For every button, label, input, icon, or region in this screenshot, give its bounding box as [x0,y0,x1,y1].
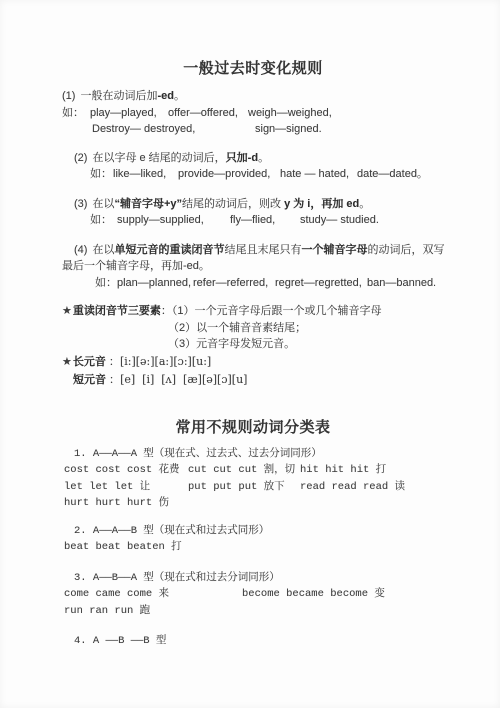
example-label: 如： [90,212,117,229]
rule-2-text-bold: 只加-d [226,152,258,164]
example-pair: refer—referred, [193,275,275,292]
example-pair: date—dated。 [357,166,428,183]
verb-row: let let let 让 put put put 放下 read read r… [62,479,444,496]
example-pair: plan—planned, [117,275,193,292]
star-icon: ★ [62,305,72,317]
rule-3-example-row: 如： supply—supplied, fly—flied, study— st… [90,212,444,229]
rule-4-text-bold-2: 一个辅音字母 [301,244,367,256]
rule-3-text: 在以 [92,198,114,210]
notes: ★重读闭音节三要素：（1）一个元音字母后跟一个或几个辅音字母 （2）以一个辅音音… [62,303,444,389]
verb-entry: let let let 让 [64,479,188,496]
section1-title: 一般过去时变化规则 [62,60,444,78]
verb-entry: put put put 放下 [188,479,300,496]
rule-4: (4)在以单短元音的重读闭音节结尾且末尾只有一个辅音字母的动词后，双写 最后一个… [62,242,444,292]
example-label: 如： [62,105,90,122]
rule-1-example-row-2: Destroy— destroyed, sign—signed. [92,121,444,138]
example-label: 如： [90,166,113,183]
verb-group-4-heading: 4. A ——B ——B 型 [62,633,444,650]
note-item-3: （3）元音字母发短元音。 [62,336,444,353]
example-pair: sign—signed. [255,121,322,138]
note-short-vowels: 短元音 ：[e] [i] [ʌ] [æ][ə][ɔ][u] [62,371,444,389]
verb-entry: hit hit hit 打 [300,462,386,479]
verb-entry: hurt hurt hurt 伤 [64,495,188,512]
verb-row: run ran run 跑 [62,603,444,620]
verb-group-2: 2. A——A——B 型（现在式和过去式同形） beat beat beaten… [62,523,444,556]
verb-group-3-heading: 3. A——B——A 型（现在式和过去分词同形） [62,570,444,587]
verb-entry: run ran run 跑 [64,603,242,620]
rule-1-example-row-1: 如： play—played, offer—offered, weigh—wei… [62,105,444,122]
verb-row: cost cost cost 花费 cut cut cut 割，切 hit hi… [62,462,444,479]
rule-4-text-end: 的动词后，双写 [367,244,444,256]
verb-entry: cost cost cost 花费 [64,462,188,479]
verb-group-3: 3. A——B——A 型（现在式和过去分词同形） come came come … [62,570,444,620]
rule-2-text-end: 。 [258,152,269,164]
example-pair: offer—offered, [168,105,248,122]
rule-3-text-end: 。 [359,198,370,210]
note-item-2: （2）以一个辅音音素结尾； [62,320,444,337]
example-pair: supply—supplied, [117,212,230,229]
verb-entry: become became become 变 [242,586,385,603]
rule-2-number: (2) [74,152,87,164]
rule-4-text-bold-1: 单短元音的重读闭音节 [114,244,224,256]
rule-1-text-end: 。 [174,90,185,102]
verb-entry: come came come 来 [64,586,242,603]
rule-2-heading: (2)在以字母 e 结尾的动词后，只加-d。 [62,150,444,167]
example-label: 如： [95,275,117,292]
rule-2: (2)在以字母 e 结尾的动词后，只加-d。 如： like—liked, pr… [62,150,444,183]
rule-4-text: 在以 [92,244,114,256]
note-label: 重读闭音节三要素 [73,305,161,317]
rule-3-text-bold-1: “辅音字母+y” [114,198,182,210]
rule-2-example-row: 如： like—liked, provide—provided, hate — … [90,166,444,183]
section2-title: 常用不规则动词分类表 [62,419,444,437]
document-page: 一般过去时变化规则 (1)一般在动词后加-ed。 如： play—played,… [0,0,500,708]
rule-2-text: 在以字母 e 结尾的动词后， [92,152,225,164]
star-icon: ★ [62,356,72,368]
rule-4-example-row: 如： plan—planned, refer—referred, regret—… [95,275,444,292]
short-vowel-colon: ： [106,374,120,386]
verb-group-4: 4. A ——B ——B 型 [62,633,444,650]
example-pair: regret—regretted, [275,275,367,292]
long-vowel-symbols: [i:][ə:][a:][ɔ:][u:] [120,355,211,368]
note-closed-syllable: ★重读闭音节三要素：（1）一个元音字母后跟一个或几个辅音字母 [62,303,444,320]
short-vowel-label: 短元音 [73,374,106,386]
rule-1-text-bold: -ed [157,90,174,102]
verb-entry: cut cut cut 割，切 [188,462,300,479]
rule-3-text-bold-2: y 为 i，再加 ed [284,198,359,210]
example-pair: ban—banned. [367,275,436,292]
example-pair: weigh—weighed, [248,105,332,122]
rule-3: (3)在以“辅音字母+y”结尾的动词后，则改 y 为 i，再加 ed。 如： s… [62,196,444,229]
note-long-vowels: ★长元音 ：[i:][ə:][a:][ɔ:][u:] [62,353,444,371]
example-pair: play—played, [90,105,168,122]
verb-row: come came come 来 become became become 变 [62,586,444,603]
example-pair: fly—flied, [230,212,300,229]
example-pair: like—liked, [113,166,178,183]
verb-row: beat beat beaten 打 [62,539,444,556]
rule-3-heading: (3)在以“辅音字母+y”结尾的动词后，则改 y 为 i，再加 ed。 [62,196,444,213]
rule-4-number: (4) [74,244,87,256]
verb-entry: beat beat beaten 打 [64,539,188,556]
short-vowel-symbols: [e] [i] [ʌ] [æ][ə][ɔ][u] [120,373,247,386]
rule-3-number: (3) [74,198,87,210]
example-pair: hate — hated, [280,166,357,183]
verb-group-1: 1. A——A——A 型（现在式、过去式、过去分词同形） cost cost c… [62,446,444,512]
verb-row: hurt hurt hurt 伤 [62,495,444,512]
rule-1-number: (1) [62,90,75,102]
rule-4-heading-line-2: 最后一个辅音字母，再加-ed。 [62,258,444,275]
long-vowel-colon: ： [106,356,120,368]
rule-1-text: 一般在动词后加 [80,90,157,102]
verb-group-1-heading: 1. A——A——A 型（现在式、过去式、过去分词同形） [62,446,444,463]
note-colon: ： [161,305,172,317]
rule-4-text-mid: 结尾且末尾只有 [224,244,301,256]
irregular-verb-table: 1. A——A——A 型（现在式、过去式、过去分词同形） cost cost c… [62,446,444,650]
example-pair: Destroy— destroyed, [92,121,255,138]
rule-1: (1)一般在动词后加-ed。 如： play—played, offer—off… [62,88,444,138]
rule-4-heading-line-1: (4)在以单短元音的重读闭音节结尾且末尾只有一个辅音字母的动词后，双写 [62,242,444,259]
rule-3-text-mid: 结尾的动词后，则改 [182,198,284,210]
rule-1-heading: (1)一般在动词后加-ed。 [62,88,444,105]
long-vowel-label: 长元音 [73,356,106,368]
example-pair: provide—provided, [178,166,280,183]
verb-entry: read read read 读 [300,479,405,496]
verb-group-2-heading: 2. A——A——B 型（现在式和过去式同形） [62,523,444,540]
example-pair: study— studied. [300,212,379,229]
note-item-1: （1）一个元音字母后跟一个或几个辅音字母 [172,305,382,317]
